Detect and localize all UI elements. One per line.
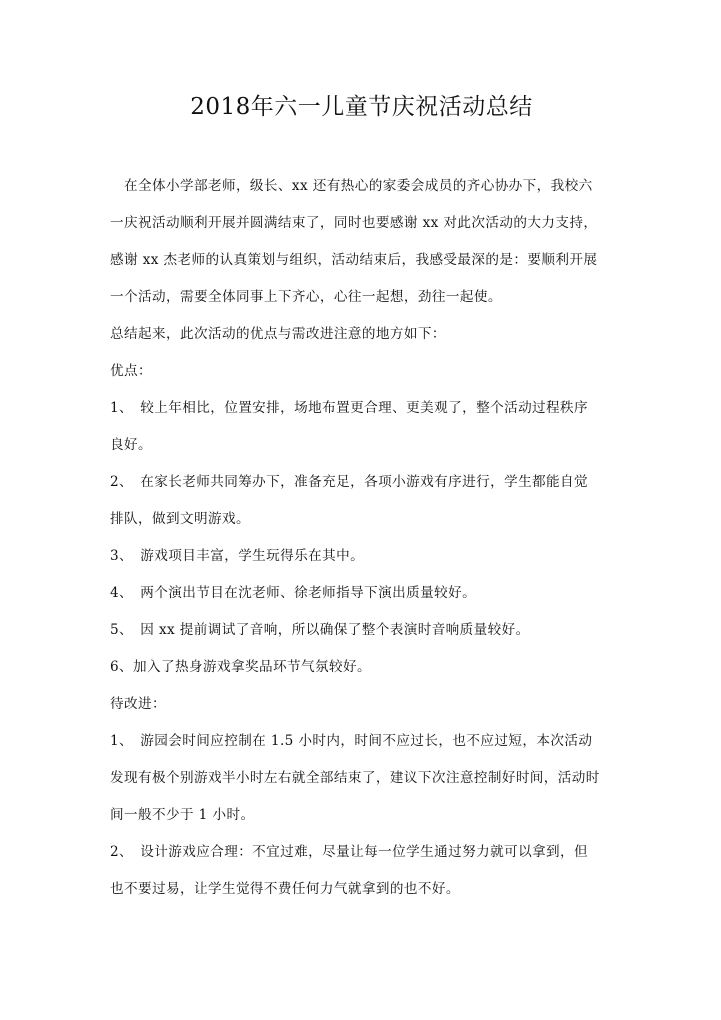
improvement-item-1: 1、 游园会时间应控制在 1.5 小时内，时间不应过长，也不应过短，本次活动 发… (110, 723, 613, 834)
text-line: 2、 在家长老师共同筹办下，准备充足，各项小游戏有序进行，学生都能自觉 (110, 464, 613, 501)
strength-item-5: 5、 因 xx 提前调试了音响，所以确保了整个表演时音响质量较好。 (110, 612, 613, 649)
summary-intro: 总结起来，此次活动的优点与需改进注意的地方如下： (110, 316, 613, 353)
text-line: 一庆祝活动顺利开展并圆满结束了，同时也要感谢 xx 对此次活动的大力支持， (110, 205, 613, 242)
improvements-heading: 待改进： (110, 686, 613, 723)
document-body: 在全体小学部老师，级长、xx 还有热心的家委会成员的齐心协办下，我校六 一庆祝活… (110, 168, 613, 908)
text-line: 良好。 (110, 427, 613, 464)
text-line: 一个活动，需要全体同事上下齐心，心往一起想，劲往一起使。 (110, 279, 613, 316)
strength-item-3: 3、 游戏项目丰富，学生玩得乐在其中。 (110, 538, 613, 575)
improvement-item-2: 2、 设计游戏应合理：不宜过难，尽量让每一位学生通过努力就可以拿到，但 也不要过… (110, 834, 613, 908)
text-line: 待改进： (110, 686, 613, 723)
document-title: 2018年六一儿童节庆祝活动总结 (110, 90, 613, 124)
text-line: 1、 较上年相比，位置安排，场地布置更合理、更美观了，整个活动过程秩序 (110, 390, 613, 427)
text-line: 优点： (110, 353, 613, 390)
strength-item-6: 6、加入了热身游戏拿奖品环节气氛较好。 (110, 649, 613, 686)
text-line: 4、 两个演出节目在沈老师、徐老师指导下演出质量较好。 (110, 575, 613, 612)
text-line: 排队，做到文明游戏。 (110, 501, 613, 538)
strength-item-1: 1、 较上年相比，位置安排，场地布置更合理、更美观了，整个活动过程秩序 良好。 (110, 390, 613, 464)
text-line: 发现有极个别游戏半小时左右就全部结束了，建议下次注意控制好时间，活动时 (110, 760, 613, 797)
text-line: 1、 游园会时间应控制在 1.5 小时内，时间不应过长，也不应过短，本次活动 (110, 723, 613, 760)
text-line: 2、 设计游戏应合理：不宜过难，尽量让每一位学生通过努力就可以拿到，但 (110, 834, 613, 871)
text-line: 3、 游戏项目丰富，学生玩得乐在其中。 (110, 538, 613, 575)
intro-paragraph: 在全体小学部老师，级长、xx 还有热心的家委会成员的齐心协办下，我校六 一庆祝活… (110, 168, 613, 316)
text-line: 也不要过易，让学生觉得不费任何力气就拿到的也不好。 (110, 871, 613, 908)
text-line: 5、 因 xx 提前调试了音响，所以确保了整个表演时音响质量较好。 (110, 612, 613, 649)
text-line: 6、加入了热身游戏拿奖品环节气氛较好。 (110, 649, 613, 686)
strengths-heading: 优点： (110, 353, 613, 390)
text-line: 感谢 xx 杰老师的认真策划与组织，活动结束后，我感受最深的是：要顺利开展 (110, 242, 613, 279)
strength-item-4: 4、 两个演出节目在沈老师、徐老师指导下演出质量较好。 (110, 575, 613, 612)
strength-item-2: 2、 在家长老师共同筹办下，准备充足，各项小游戏有序进行，学生都能自觉 排队，做… (110, 464, 613, 538)
text-line: 在全体小学部老师，级长、xx 还有热心的家委会成员的齐心协办下，我校六 (110, 168, 613, 205)
text-line: 总结起来，此次活动的优点与需改进注意的地方如下： (110, 316, 613, 353)
text-line: 间一般不少于 1 小时。 (110, 797, 613, 834)
